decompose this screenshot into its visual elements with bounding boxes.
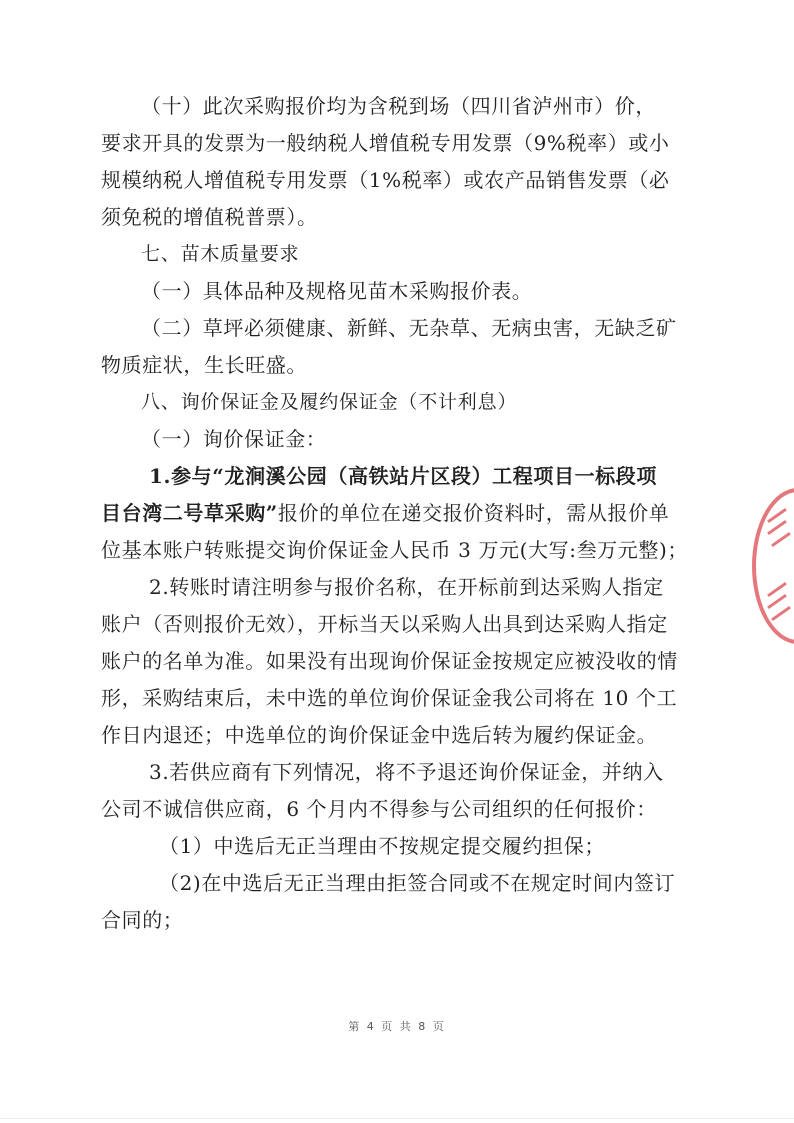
point-1-line-2: 目台湾二号草采购”报价的单位在递交报价资料时，需从报价单 [101, 495, 713, 532]
page-number: 第 4 页 共 8 页 [0, 1018, 794, 1034]
seal-stroke [771, 606, 791, 621]
section-8-heading: 八、询价保证金及履约保证金（不计利息） [101, 384, 713, 421]
case-1: （1）中选后无正当理由不按规定提交履约担保； [101, 828, 713, 865]
paragraph-tax-line-3: 规模纳税人增值税专用发票（1%税率）或农产品销售发票（必 [101, 162, 713, 199]
point-1-project-name-part-1: “龙涧溪公园（高铁站片区段）工程项目一标段项 [212, 464, 657, 488]
point-2-line-4: 形，采购结束后，未中选的单位询价保证金我公司将在 10 个工 [101, 680, 713, 717]
point-1-prefix: 1.参与 [149, 464, 212, 488]
point-1-line-1: 1.参与“龙涧溪公园（高铁站片区段）工程项目一标段项 [101, 458, 713, 495]
point-3-line-1: 3.若供应商有下列情况，将不予退还询价保证金，并纳入 [101, 754, 713, 791]
seal-stroke [767, 520, 787, 535]
section-7-item-2-line-1: （二）草坪必须健康、新鲜、无杂草、无病虫害，无缺乏矿 [101, 310, 713, 347]
seal-stroke [771, 532, 791, 547]
section-7-heading: 七、苗木质量要求 [101, 236, 713, 273]
section-7-item-1: （一）具体品种及规格见苗木采购报价表。 [101, 273, 713, 310]
paragraph-tax-line-4: 须免税的增值税普票）。 [101, 199, 713, 236]
page-bottom-edge [0, 1118, 794, 1119]
document-body: （十）此次采购报价均为含税到场（四川省泸州市）价， 要求开具的发票为一般纳税人增… [101, 88, 713, 939]
point-2-line-3: 账户的名单为准。如果没有出现询价保证金按规定应被没收的情 [101, 643, 713, 680]
point-1-line-3: 位基本账户转账提交询价保证金人民币 3 万元(大写:叁万元整)； [101, 532, 713, 569]
section-8-sub-1: （一）询价保证金： [101, 421, 713, 458]
case-2-line-1: （2)在中选后无正当理由拒签合同或不在规定时间内签订 [101, 865, 713, 902]
point-1-line-2-rest: 报价的单位在递交报价资料时，需从报价单 [278, 501, 669, 525]
point-1-project-name-part-2: 目台湾二号草采购” [101, 501, 278, 525]
section-7-item-2-line-2: 物质症状，生长旺盛。 [101, 347, 713, 384]
point-2-line-5: 作日内退还；中选单位的询价保证金中选后转为履约保证金。 [101, 717, 713, 754]
point-2-line-2: 账户（否则报价无效），开标当天以采购人出具到达采购人指定 [101, 606, 713, 643]
official-seal-stamp [752, 488, 794, 644]
point-2-line-1: 2.转账时请注明参与报价名称，在开标前到达采购人指定 [101, 569, 713, 606]
paragraph-tax-line-1: （十）此次采购报价均为含税到场（四川省泸州市）价， [101, 88, 713, 125]
paragraph-tax-line-2: 要求开具的发票为一般纳税人增值税专用发票（9%税率）或小 [101, 125, 713, 162]
document-page: （十）此次采购报价均为含税到场（四川省泸州市）价， 要求开具的发票为一般纳税人增… [0, 0, 794, 1123]
seal-stroke [767, 594, 787, 609]
point-3-line-2: 公司不诚信供应商，6 个月内不得参与公司组织的任何报价： [101, 791, 713, 828]
case-2-line-2: 合同的； [101, 902, 713, 939]
